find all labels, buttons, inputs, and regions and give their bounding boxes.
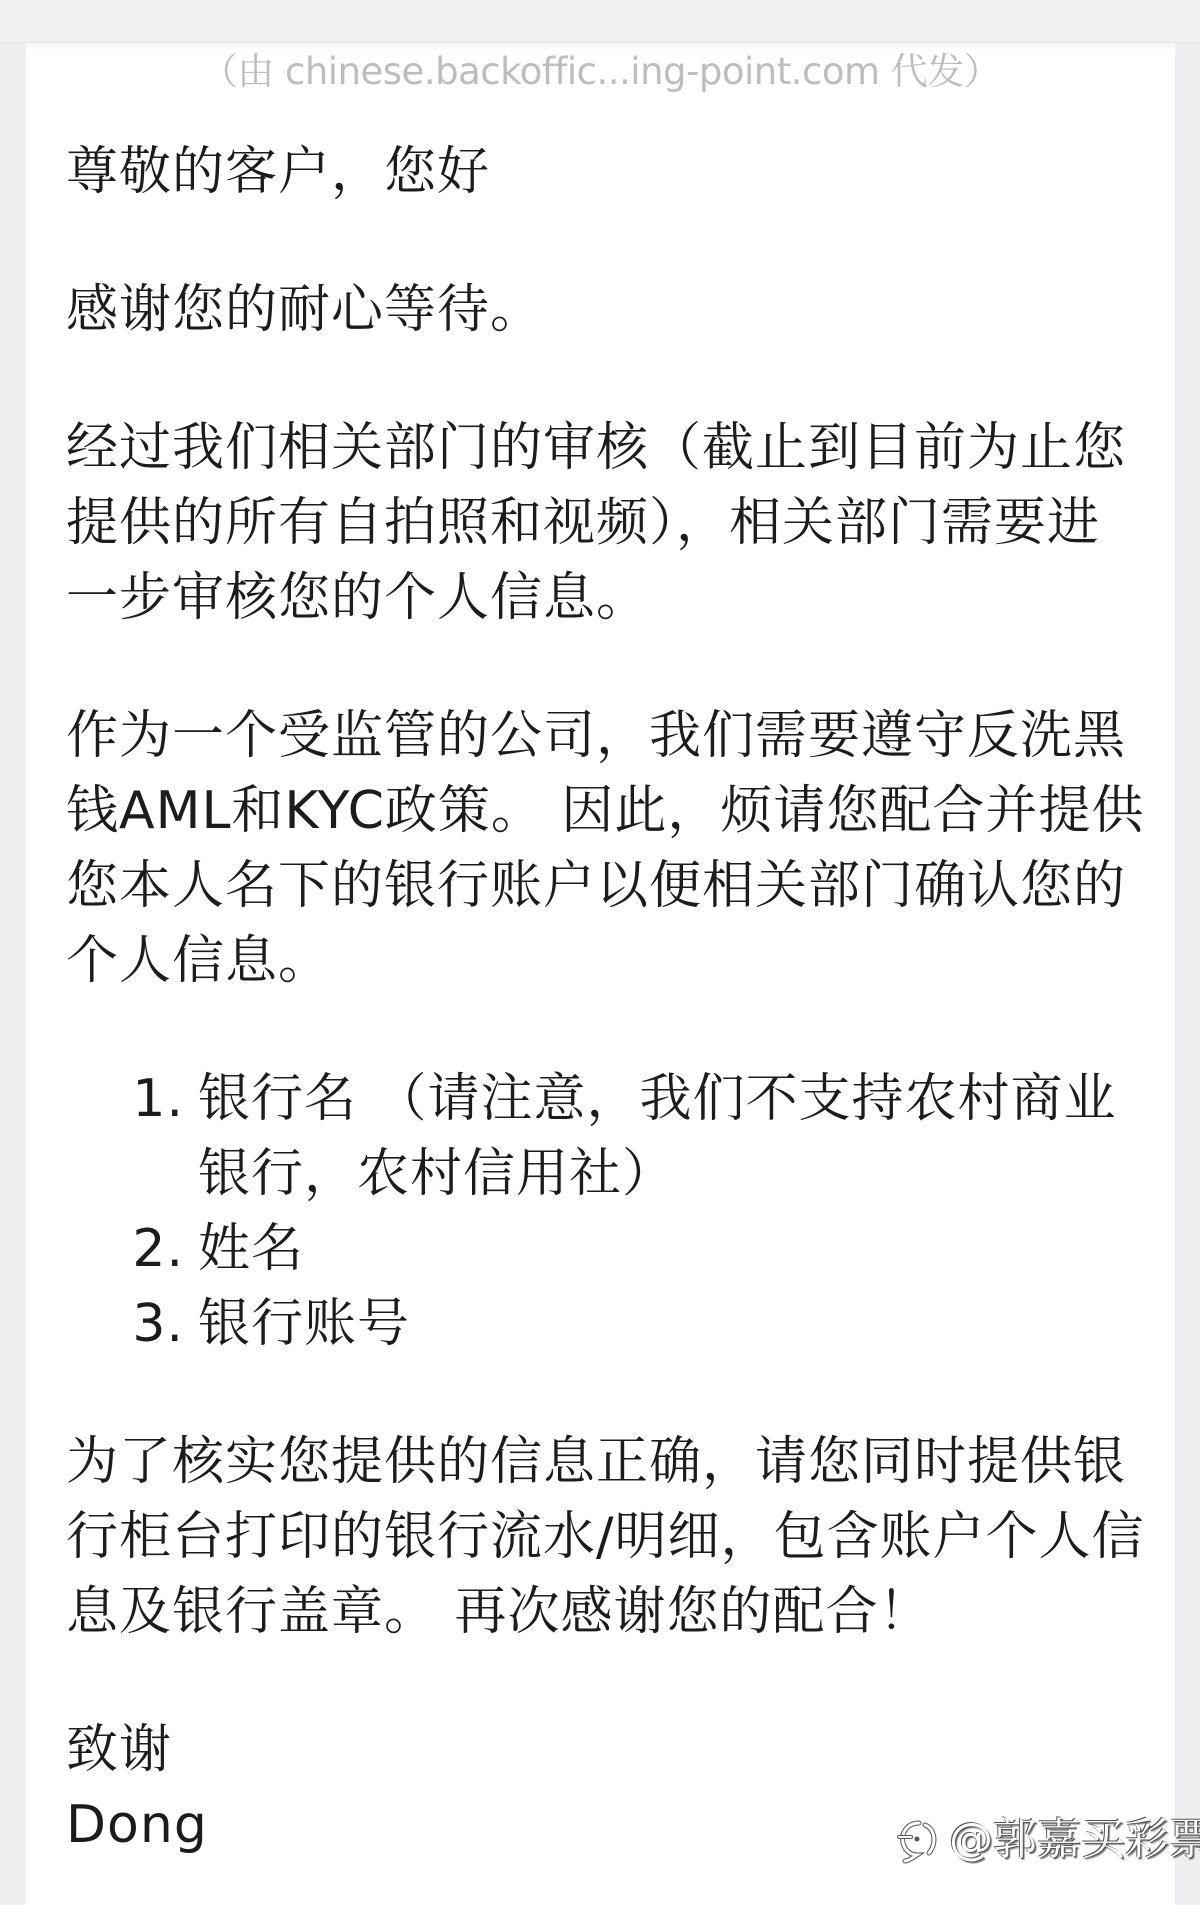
- list-text: 银行账号: [198, 1287, 1146, 1362]
- list-item: 3. 银行账号: [66, 1287, 1146, 1362]
- list-text: 银行名 （请注意，我们不支持农村商业银行，农村信用社）: [198, 1062, 1146, 1212]
- paragraph-aml-kyc: 作为一个受监管的公司，我们需要遵守反洗黑钱AML和KYC政策。 因此，烦请您配合…: [66, 699, 1146, 999]
- weibo-logo-icon: [895, 1815, 941, 1865]
- greeting: 尊敬的客户，您好: [66, 135, 1146, 210]
- signoff: 致谢: [66, 1713, 1146, 1788]
- top-bar: [0, 0, 1200, 43]
- sender-via-line: （由 chinese.backoffic...ing-point.com 代发）: [26, 49, 1175, 95]
- paragraph-bank-statement: 为了核实您提供的信息正确，请您同时提供银行柜台打印的银行流水/明细，包含账户个人…: [66, 1425, 1146, 1650]
- list-item: 2. 姓名: [66, 1212, 1146, 1287]
- watermark-text: @郭嘉买彩票: [949, 1810, 1200, 1870]
- list-text: 姓名: [198, 1212, 1146, 1287]
- paragraph-review: 经过我们相关部门的审核（截止到目前为止您提供的所有自拍照和视频），相关部门需要进…: [66, 411, 1146, 636]
- list-number: 3.: [66, 1287, 198, 1362]
- email-body-card: （由 chinese.backoffic...ing-point.com 代发）…: [26, 43, 1175, 1905]
- required-info-list: 1. 银行名 （请注意，我们不支持农村商业银行，农村信用社） 2. 姓名 3. …: [66, 1062, 1146, 1362]
- email-content: 尊敬的客户，您好 感谢您的耐心等待。 经过我们相关部门的审核（截止到目前为止您提…: [66, 135, 1146, 1863]
- list-number: 2.: [66, 1212, 198, 1287]
- watermark: @郭嘉买彩票: [895, 1810, 1200, 1870]
- list-number: 1.: [66, 1062, 198, 1212]
- thanks-line: 感谢您的耐心等待。: [66, 273, 1146, 348]
- list-item: 1. 银行名 （请注意，我们不支持农村商业银行，农村信用社）: [66, 1062, 1146, 1212]
